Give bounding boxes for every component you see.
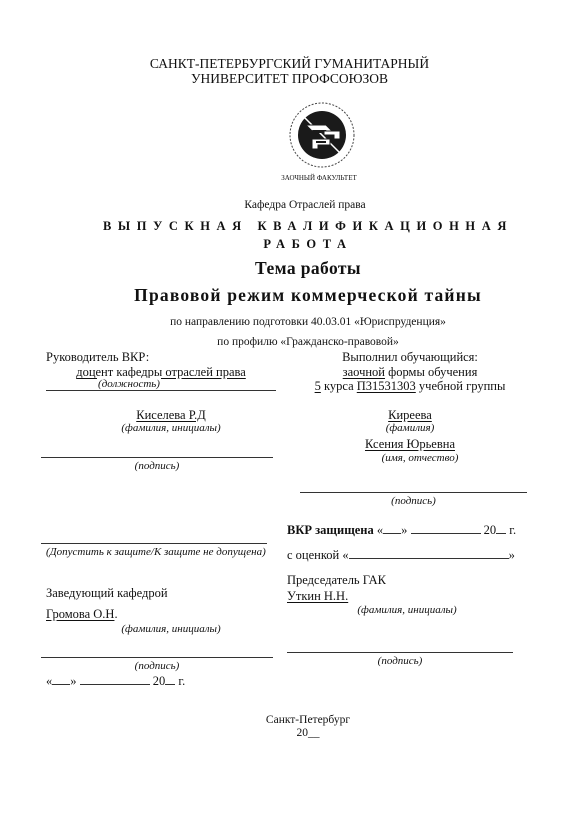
faculty-name: ЗАОЧНЫЙ ФАКУЛЬТЕТ xyxy=(0,174,579,182)
chairman-name: Уткин Н.Н. xyxy=(287,589,348,604)
year: 20__ xyxy=(0,727,579,739)
topic-title: Правовой режим коммерческой тайны xyxy=(0,285,579,306)
work-type-line2: РАБОТА xyxy=(0,237,579,252)
supervisor-signature-line[interactable] xyxy=(41,457,273,458)
supervisor-name-caption: (фамилия, инициалы) xyxy=(46,422,296,434)
student-first-middle-caption: (имя, отчество) xyxy=(300,452,540,464)
supervisor-position-value: доцент кафедры отраслей права xyxy=(76,365,246,379)
day-blank[interactable] xyxy=(52,673,70,685)
department-head-label: Заведующий кафедрой xyxy=(46,586,168,601)
study-direction: по направлению подготовки 40.03.01 «Юрис… xyxy=(0,316,579,328)
defense-month-blank[interactable] xyxy=(411,522,481,534)
student-last-name: Киреева xyxy=(290,408,530,423)
work-type-line1: ВЫПУСКНАЯ КВАЛИФИКАЦИОННАЯ xyxy=(0,219,579,234)
chairman-signature-line[interactable] xyxy=(287,652,513,653)
student-last-name-caption: (фамилия) xyxy=(290,422,530,434)
department-head-name: Громова О.Н. xyxy=(46,607,118,622)
supervisor-label: Руководитель ВКР: xyxy=(46,350,149,365)
university-name: САНКТ-ПЕТЕРБУРГСКИЙ ГУМАНИТАРНЫЙ УНИВЕРС… xyxy=(0,56,579,86)
department-head-signature-line[interactable] xyxy=(41,657,273,658)
chairman-name-caption: (фамилия, инициалы) xyxy=(287,604,527,616)
department-head-signature-caption: (подпись) xyxy=(41,660,273,672)
city: Санкт-Петербург xyxy=(0,714,579,726)
university-name-line1: САНКТ-ПЕТЕРБУРГСКИЙ ГУМАНИТАРНЫЙ xyxy=(0,56,579,71)
student-first-middle-name: Ксения Юрьевна xyxy=(290,437,530,452)
department-head-date: «» 20 г. xyxy=(46,673,185,689)
month-blank[interactable] xyxy=(80,673,150,685)
defense-grade: с оценкой «» xyxy=(287,547,515,563)
defense-label: ВКР защищена xyxy=(287,523,374,537)
chairman-label: Председатель ГАК xyxy=(287,573,386,588)
admission-caption: (Допустить к защите/К защите не допущена… xyxy=(46,546,266,559)
year-blank[interactable] xyxy=(165,673,175,685)
topic-label: Тема работы xyxy=(0,258,579,279)
supervisor-signature-caption: (подпись) xyxy=(41,460,273,472)
chairman-signature-caption: (подпись) xyxy=(287,655,513,667)
supervisor-name: Киселева Р.Д xyxy=(46,408,296,423)
student-label: Выполнил обучающийся: xyxy=(290,350,530,365)
grade-blank[interactable] xyxy=(349,547,509,559)
supervisor-position-caption: (должность) xyxy=(46,378,212,390)
department-name: Кафедра Отраслей права xyxy=(0,199,579,211)
student-course-group: 5 курса П31531303 учебной группы xyxy=(290,379,530,394)
supervisor-name-value: Киселева Р.Д xyxy=(136,408,206,422)
supervisor-position-line xyxy=(46,390,276,391)
student-signature-line[interactable] xyxy=(300,492,527,493)
defense-day-blank[interactable] xyxy=(383,522,401,534)
study-profile: по профилю «Гражданско-правовой» xyxy=(0,336,579,348)
university-emblem-icon xyxy=(288,101,356,169)
university-name-line2: УНИВЕРСИТЕТ ПРОФСОЮЗОВ xyxy=(0,71,579,86)
department-head-name-caption: (фамилия, инициалы) xyxy=(46,623,296,635)
defense-date: ВКР защищена «» 20 г. xyxy=(287,522,516,538)
student-signature-caption: (подпись) xyxy=(300,495,527,507)
admission-decision-line[interactable] xyxy=(41,543,267,544)
student-study-form: заочной формы обучения xyxy=(290,365,530,380)
defense-year-blank[interactable] xyxy=(496,522,506,534)
